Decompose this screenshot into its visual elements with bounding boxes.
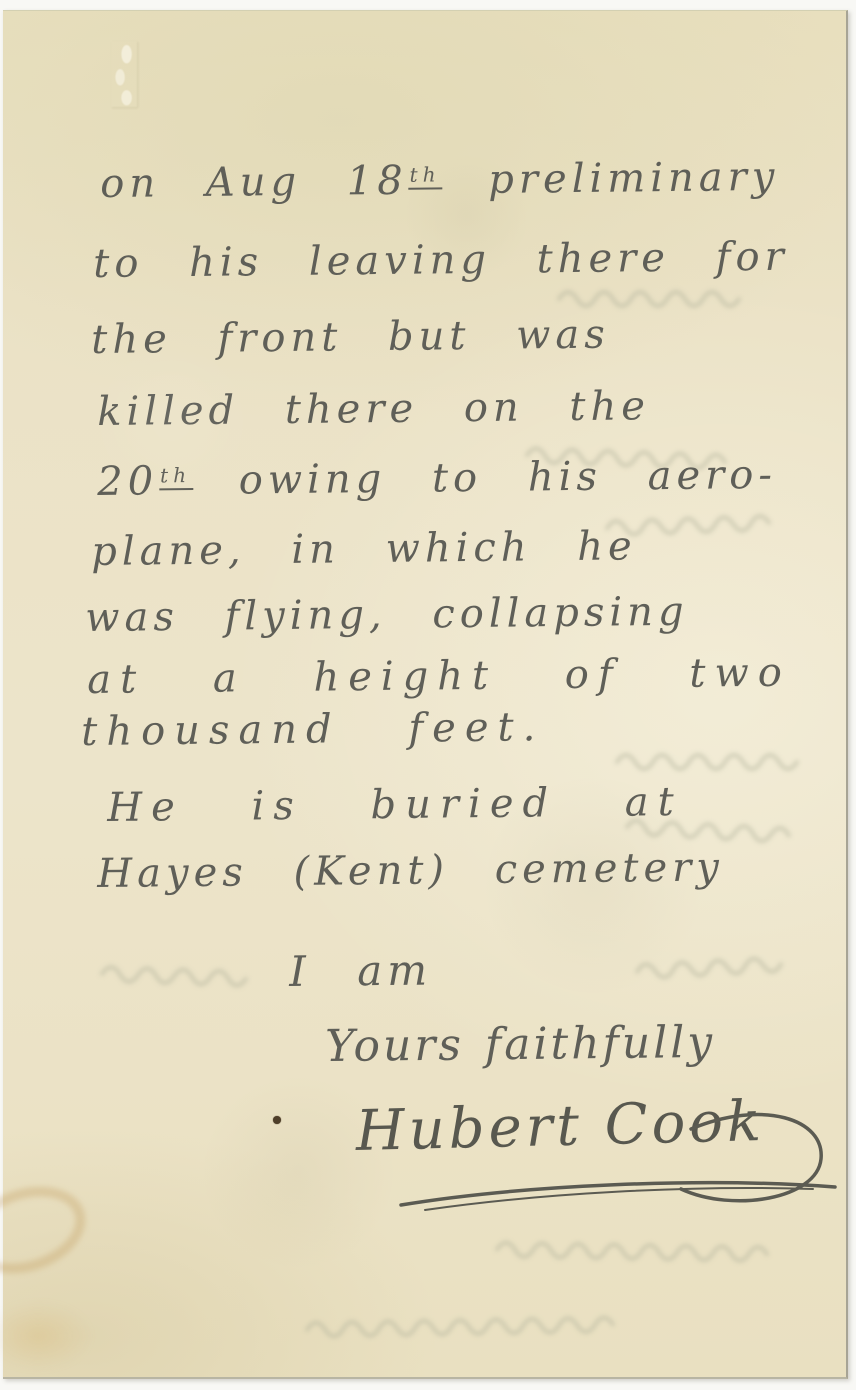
- letter-line: on Aug 18th preliminary: [100, 154, 780, 207]
- line-text: on Aug 18: [100, 158, 408, 207]
- valediction-text: Yours faithfully: [325, 1017, 715, 1072]
- corner-smudge-stain: [0, 1301, 93, 1371]
- line-text: killed there on the: [97, 383, 650, 435]
- line-text: Hayes (Kent) cemetery: [97, 844, 724, 897]
- letter-line: He is buried at: [107, 779, 683, 831]
- line-text: 20: [97, 458, 158, 505]
- line-text: owing to his aero-: [193, 452, 777, 504]
- line-text: was flying, collapsing: [85, 589, 689, 641]
- line-text: preliminary: [442, 154, 779, 204]
- ink-spot-stain: [273, 1116, 281, 1124]
- letter-line: was flying, collapsing: [85, 589, 689, 641]
- letter-line: at a height of two: [87, 650, 791, 703]
- line-text: He is buried at: [107, 779, 683, 831]
- line-text: at a height of two: [87, 650, 791, 703]
- letter-line: 20th owing to his aero-: [97, 452, 777, 505]
- letter-line: killed there on the: [97, 383, 650, 435]
- letter-paper: on Aug 18th preliminary to his leaving t…: [3, 10, 848, 1379]
- letter-line: to his leaving there for: [93, 234, 789, 287]
- signature-text: Hubert Cook: [355, 1089, 766, 1164]
- valediction: Yours faithfully: [325, 1017, 715, 1072]
- letter-line: thousand feet.: [81, 704, 545, 755]
- ghost-showthrough: [613, 746, 823, 776]
- ring-stain: [0, 1172, 97, 1288]
- ghost-showthrough: [493, 1233, 793, 1268]
- ghost-showthrough: [555, 283, 765, 313]
- letter-line: the front but was: [91, 312, 610, 363]
- line-text: the front but was: [91, 312, 610, 363]
- ghost-showthrough: [632, 946, 823, 986]
- ghost-showthrough: [303, 1308, 633, 1344]
- closing-i-am: I am: [289, 946, 432, 996]
- line-text: to his leaving there for: [93, 234, 789, 287]
- ghost-showthrough: [98, 958, 289, 995]
- scan-background: on Aug 18th preliminary to his leaving t…: [0, 0, 856, 1390]
- line-text: plane, in which he: [91, 523, 637, 575]
- line-text: thousand feet.: [81, 704, 545, 755]
- letter-line: Hayes (Kent) cemetery: [97, 844, 724, 897]
- closing-text: I am: [289, 946, 432, 996]
- paper-tear-mark: [111, 41, 137, 107]
- signature: Hubert Cook: [355, 1089, 766, 1164]
- ordinal-superscript: th: [159, 463, 193, 490]
- letter-line: plane, in which he: [91, 523, 637, 575]
- ordinal-superscript: th: [408, 162, 442, 189]
